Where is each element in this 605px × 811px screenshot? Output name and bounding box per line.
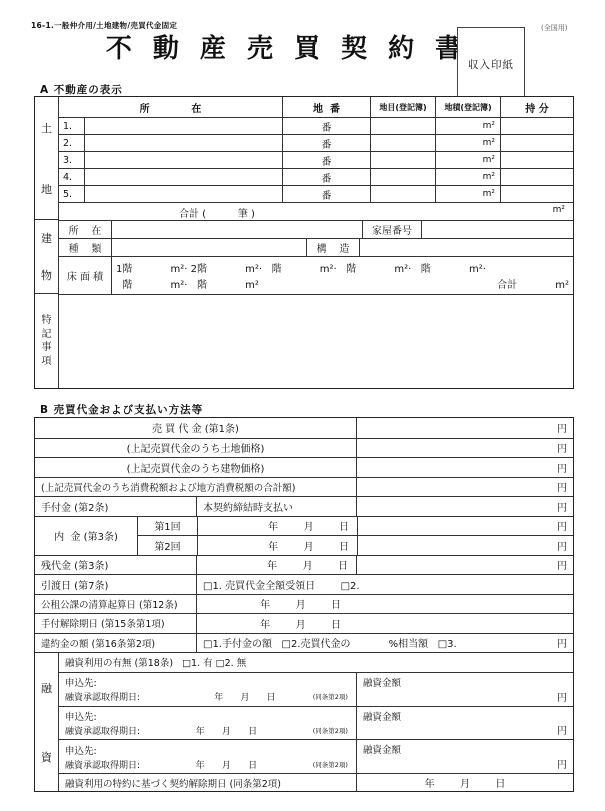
deposit-note: 本契約締結時支払い <box>196 497 356 516</box>
land-row-3-share-input[interactable] <box>500 152 573 168</box>
land-header-lot-number: 地 番 <box>282 97 370 117</box>
building-location-row: 所 在 家屋番号 <box>59 220 573 238</box>
yen-unit: 円 <box>557 689 567 704</box>
lot-number-unit[interactable]: 番 <box>282 152 370 168</box>
building-location-input[interactable] <box>111 221 362 238</box>
building-price-amount-input[interactable]: 円 <box>356 458 573 477</box>
date-placeholder: 年 月 日 <box>196 724 257 737</box>
interim-payment-label: 内 金 (第3条) <box>35 517 137 555</box>
consumption-tax-row: (上記売買代金のうち消費税額および地方消費税額の合計額) 円 <box>35 477 573 497</box>
land-row-4-location-input[interactable] <box>84 169 282 185</box>
interim-first-label: 第1回 <box>138 517 197 536</box>
yen-unit: 円 <box>557 722 567 737</box>
balance-date-input[interactable]: 年 月 日 <box>196 556 356 575</box>
special-notes-input[interactable] <box>59 294 573 388</box>
land-row-5-category-input[interactable] <box>370 186 435 202</box>
deposit-label: 手付金 (第2条) <box>35 497 196 516</box>
interim-second-amount-input[interactable]: 円 <box>357 536 573 555</box>
approval-label: 融資承認取得期日: <box>65 758 140 771</box>
approval-note: (同条第2項) <box>313 692 348 701</box>
land-row-4: 4. 番 m² <box>59 168 573 185</box>
approval-label: 融資承認取得期日: <box>65 724 140 737</box>
interim-second-label: 第2回 <box>138 536 197 555</box>
deposit-amount-input[interactable]: 円 <box>356 497 573 516</box>
building-type-input[interactable] <box>111 239 306 256</box>
building-type-row: 種 類 構 造 <box>59 238 573 256</box>
land-side-label: 土 地 <box>35 97 58 220</box>
land-row-1: 1. 番 m² <box>59 117 573 134</box>
land-total-row[interactable]: 合計 ( 筆 ) m² <box>59 202 573 220</box>
applicant-input[interactable]: 申込先: <box>65 709 350 723</box>
yen-unit: 円 <box>557 420 567 435</box>
land-row-1-share-input[interactable] <box>500 118 573 134</box>
applicant-input[interactable]: 申込先: <box>65 743 350 757</box>
loan-amount-label: 融資金額 <box>363 709 401 723</box>
lot-number-unit[interactable]: 番 <box>282 135 370 151</box>
interim-first-amount-input[interactable]: 円 <box>357 517 573 536</box>
balance-amount-input[interactable]: 円 <box>356 556 573 575</box>
approval-date-input[interactable]: 融資承認取得期日: 年 月 日 (同条第2項) <box>65 724 350 737</box>
land-row-3-category-input[interactable] <box>370 152 435 168</box>
land-row-2-share-input[interactable] <box>500 135 573 151</box>
revenue-stamp-box: 収入印紙 <box>457 27 525 102</box>
penalty-options[interactable]: □1.手付金の額 □2.売買代金の %相当額 □3. 円 <box>196 634 573 653</box>
deposit-row: 手付金 (第2条) 本契約締結時支払い 円 <box>35 496 573 516</box>
penalty-row: 違約金の額 (第16条第2項) □1.手付金の額 □2.売買代金の %相当額 □… <box>35 633 573 653</box>
land-price-label: (上記売買代金のうち土地価格) <box>35 439 356 458</box>
building-structure-input[interactable] <box>359 239 573 256</box>
yen-unit: 円 <box>557 635 567 650</box>
financing-usage-options[interactable]: 融資利用の有無 (第18条) □1. 有 □2. 無 <box>59 653 573 672</box>
penalty-label: 違約金の額 (第16条第2項) <box>35 634 196 653</box>
loan-amount-label: 融資金額 <box>363 742 401 756</box>
house-number-input[interactable] <box>421 221 573 238</box>
yen-unit: 円 <box>557 557 567 572</box>
floor-area-row: 床 面 積 1階 m²· 2階 m²· 階 m²· 階 m²· 階 m²· 階 … <box>59 256 573 294</box>
area-unit[interactable]: m² <box>435 169 500 185</box>
financing-group-2: 申込先: 融資承認取得期日: 年 月 日 (同条第2項) 融資金額 円 <box>59 706 573 740</box>
land-price-row: (上記売買代金のうち土地価格) 円 <box>35 438 573 458</box>
handover-row: 引渡日 (第7条) □1. 売買代金全額受領日 □2. <box>35 574 573 594</box>
land-row-number: 1. <box>59 118 84 134</box>
land-row-4-share-input[interactable] <box>500 169 573 185</box>
deposit-cancellation-label: 手付解除期日 (第15条第1項) <box>35 614 196 633</box>
financing-cancellation-row: 融資利用の特約に基づく契約解除期日 (同条第2項) 年 月 日 <box>59 773 573 791</box>
floor-area-line-1: 1階 m²· 2階 m²· 階 m²· 階 m²· 階 m²· <box>116 260 569 275</box>
section-b-heading: B 売買代金および支払い方法等 <box>40 402 203 417</box>
land-row-5-location-input[interactable] <box>84 186 282 202</box>
area-unit[interactable]: m² <box>435 186 500 202</box>
financing-side-label: 融 資 <box>35 653 59 791</box>
house-number-label: 家屋番号 <box>362 221 421 238</box>
date-placeholder: 年 月 日 <box>197 616 349 631</box>
land-row-number: 5. <box>59 186 84 202</box>
interim-payment-block: 内 金 (第3条) 第1回 年 月 日 円 第2回 年 月 日 円 <box>35 516 573 555</box>
handover-options[interactable]: □1. 売買代金全額受領日 □2. <box>196 575 573 594</box>
sale-price-row: 売 買 代 金 (第1条) 円 <box>35 418 573 438</box>
building-type-label: 種 類 <box>59 239 111 256</box>
yen-unit: 円 <box>557 460 567 475</box>
floor-area-input[interactable]: 1階 m²· 2階 m²· 階 m²· 階 m²· 階 m²· 階 m²· 階 … <box>111 257 573 294</box>
approval-date-input[interactable]: 融資承認取得期日: 年 月 日 (同条第2項) <box>65 758 350 771</box>
yen-unit: 円 <box>557 756 567 771</box>
special-notes-side-label: 特記事項 <box>35 294 58 388</box>
deposit-cancellation-row: 手付解除期日 (第15条第1項) 年 月 日 <box>35 613 573 633</box>
yen-unit: 円 <box>557 440 567 455</box>
financing-section: 融 資 融資利用の有無 (第18条) □1. 有 □2. 無 申込先: 融資承認… <box>35 652 573 791</box>
financing-group-3: 申込先: 融資承認取得期日: 年 月 日 (同条第2項) 融資金額 円 <box>59 739 573 773</box>
land-row-2-location-input[interactable] <box>84 135 282 151</box>
date-placeholder: 年 月 日 <box>196 758 257 771</box>
lot-number-unit[interactable]: 番 <box>282 169 370 185</box>
loan-amount-input[interactable]: 融資金額 円 <box>356 740 573 773</box>
approval-note: (同条第2項) <box>313 760 348 769</box>
property-description-table: 土 地 建 物 特記事項 所 在 地 番 地目(登記簿) 地積(登記簿) 持 分 <box>34 96 574 389</box>
date-placeholder: 年 月 日 <box>197 596 349 611</box>
floor-area-total: 合計 m² <box>497 276 569 291</box>
penalty-options-text: □1.手付金の額 □2.売買代金の %相当額 □3. <box>203 635 457 650</box>
table-a-side-column: 土 地 建 物 特記事項 <box>35 97 59 388</box>
land-total-label: 合計 ( 筆 ) <box>179 205 255 220</box>
financing-cancellation-date-input[interactable]: 年 月 日 <box>356 774 573 791</box>
tax-settlement-date-input[interactable]: 年 月 日 <box>196 595 573 614</box>
financing-side-char-1: 融 <box>41 680 52 696</box>
land-header-location: 所 在 <box>59 97 282 117</box>
loan-amount-input[interactable]: 融資金額 円 <box>356 673 573 706</box>
interim-second-date-input[interactable]: 年 月 日 <box>197 536 357 555</box>
land-header-area: 地積(登記簿) <box>435 97 500 117</box>
land-header-category: 地目(登記簿) <box>370 97 435 117</box>
approval-label: 融資承認取得期日: <box>65 690 140 703</box>
loan-amount-input[interactable]: 融資金額 円 <box>356 707 573 740</box>
balance-row: 残代金 (第3条) 年 月 日 円 <box>35 555 573 575</box>
land-row-2: 2. 番 m² <box>59 134 573 151</box>
consumption-tax-label: (上記売買代金のうち消費税額および地方消費税額の合計額) <box>35 478 356 497</box>
section-a-heading: A 不動産の表示 <box>40 82 123 97</box>
building-price-row: (上記売買代金のうち建物価格) 円 <box>35 457 573 477</box>
land-row-3: 3. 番 m² <box>59 151 573 168</box>
land-row-1-location-input[interactable] <box>84 118 282 134</box>
tax-settlement-label: 公租公課の清算起算日 (第12条) <box>35 595 196 614</box>
land-price-amount-input[interactable]: 円 <box>356 439 573 458</box>
land-side-char-2: 地 <box>41 181 52 197</box>
deposit-cancellation-date-input[interactable]: 年 月 日 <box>196 614 573 633</box>
land-row-3-location-input[interactable] <box>84 152 282 168</box>
approval-note: (同条第2項) <box>313 726 348 735</box>
payment-terms-table: 売 買 代 金 (第1条) 円 (上記売買代金のうち土地価格) 円 (上記売買代… <box>34 417 574 792</box>
land-row-number: 4. <box>59 169 84 185</box>
sale-price-amount-input[interactable]: 円 <box>356 418 573 438</box>
building-location-label: 所 在 <box>59 221 111 238</box>
yen-unit: 円 <box>557 479 567 494</box>
building-side-label: 建 物 <box>35 220 58 294</box>
building-side-char-2: 物 <box>41 267 52 283</box>
land-side-char-1: 土 <box>41 120 52 136</box>
land-row-1-category-input[interactable] <box>370 118 435 134</box>
handover-label: 引渡日 (第7条) <box>35 575 196 594</box>
balance-label: 残代金 (第3条) <box>35 556 196 575</box>
applicant-input[interactable]: 申込先: <box>65 675 350 689</box>
area-unit[interactable]: m² <box>435 135 500 151</box>
lot-number-unit[interactable]: 番 <box>282 186 370 202</box>
land-header-share: 持 分 <box>500 97 573 117</box>
area-unit[interactable]: m² <box>435 152 500 168</box>
land-row-5: 5. 番 m² <box>59 185 573 202</box>
interim-first-date-input[interactable]: 年 月 日 <box>197 517 357 536</box>
interim-payment-row-1: 第1回 年 月 日 円 <box>138 517 573 536</box>
contract-form-page: 16-1.一般仲介用/土地建物/売買代金固定 不 動 産 売 買 契 約 書 収… <box>0 0 605 811</box>
sale-price-label: 売 買 代 金 (第1条) <box>35 418 356 438</box>
land-row-4-category-input[interactable] <box>370 169 435 185</box>
yen-unit: 円 <box>557 518 567 533</box>
land-row-5-share-input[interactable] <box>500 186 573 202</box>
date-placeholder: 年 月 日 <box>214 690 275 703</box>
land-row-number: 2. <box>59 135 84 151</box>
financing-cancellation-label: 融資利用の特約に基づく契約解除期日 (同条第2項) <box>59 774 356 791</box>
area-unit[interactable]: m² <box>435 118 500 134</box>
loan-amount-label: 融資金額 <box>363 675 401 689</box>
yen-unit: 円 <box>557 538 567 553</box>
tax-settlement-row: 公租公課の清算起算日 (第12条) 年 月 日 <box>35 594 573 614</box>
yen-unit: 円 <box>557 499 567 514</box>
building-price-label: (上記売買代金のうち建物価格) <box>35 458 356 477</box>
building-structure-label: 構 造 <box>306 239 359 256</box>
interim-payment-row-2: 第2回 年 月 日 円 <box>138 535 573 555</box>
building-side-char-1: 建 <box>41 230 52 246</box>
lot-number-unit[interactable]: 番 <box>282 118 370 134</box>
land-row-number: 3. <box>59 152 84 168</box>
land-row-2-category-input[interactable] <box>370 135 435 151</box>
land-total-unit: m² <box>553 205 565 215</box>
revenue-stamp-label: 収入印紙 <box>468 57 514 72</box>
financing-side-char-2: 資 <box>41 749 52 765</box>
floor-area-label: 床 面 積 <box>59 257 111 294</box>
approval-date-input[interactable]: 融資承認取得期日: 年 月 日 (同条第2項) <box>65 690 350 703</box>
floor-area-line-2: 階 m²· 階 m² <box>116 276 259 291</box>
consumption-tax-amount-input[interactable]: 円 <box>356 478 573 497</box>
region-note: (全国用) <box>541 23 567 33</box>
financing-group-1: 申込先: 融資承認取得期日: 年 月 日 (同条第2項) 融資金額 円 <box>59 672 573 706</box>
